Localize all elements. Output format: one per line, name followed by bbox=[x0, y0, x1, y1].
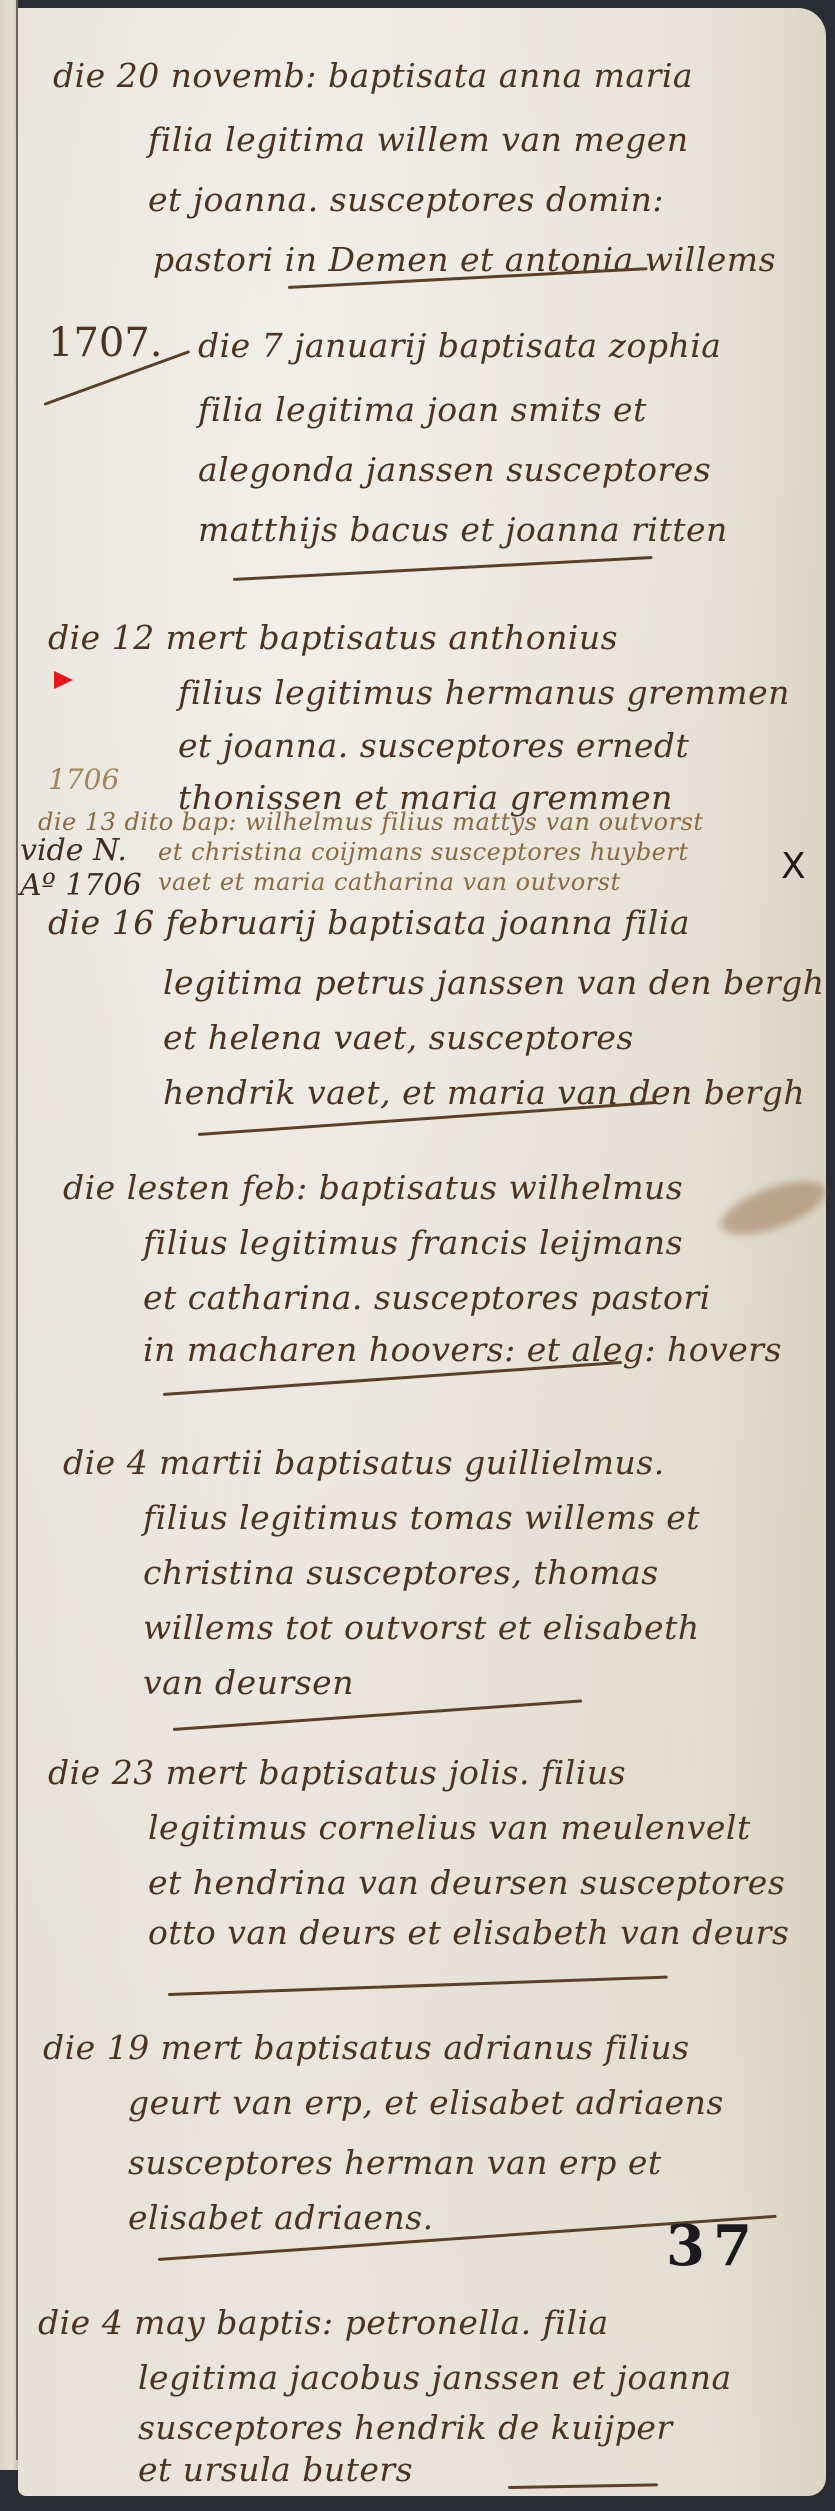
margin-year-1707: 1707. bbox=[48, 320, 163, 366]
entry-line: die 12 mert baptisatus anthonius bbox=[48, 618, 618, 657]
entry-line: die 13 dito bap: wilhelmus filius mattys… bbox=[38, 808, 704, 836]
entry-line: et ursula buters bbox=[138, 2450, 413, 2489]
entry-line: matthijs bacus et joanna ritten bbox=[198, 510, 728, 549]
entry-line: die 20 novemb: baptisata anna maria bbox=[53, 56, 693, 95]
page-number: 37 bbox=[666, 2213, 760, 2279]
entry-line: alegonda janssen susceptores bbox=[198, 450, 711, 489]
separator-rule bbox=[233, 556, 653, 581]
entry-line: die 16 februarij baptisata joanna filia bbox=[48, 903, 690, 942]
entry-line: filius legitimus francis leijmans bbox=[143, 1223, 683, 1262]
entry-line: legitimus cornelius van meulenvelt bbox=[148, 1808, 751, 1847]
entry-line: elisabet adriaens. bbox=[128, 2198, 434, 2237]
entry-line: christina susceptores, thomas bbox=[143, 1553, 659, 1592]
entry-line: willems tot outvorst et elisabeth bbox=[143, 1608, 700, 1647]
entry-line: hendrik vaet, et maria van den bergh bbox=[163, 1073, 805, 1112]
entry-line: et joanna. susceptores domin: bbox=[148, 180, 664, 219]
entry-line: et christina coijmans susceptores huyber… bbox=[158, 838, 689, 866]
entry-line: pastori in Demen et antonia willems bbox=[153, 240, 776, 279]
entry-line: filius legitimus tomas willems et bbox=[143, 1498, 700, 1537]
entry-line: die 19 mert baptisatus adrianus filius bbox=[43, 2028, 690, 2067]
cross-mark-icon: X bbox=[781, 846, 806, 887]
separator-rule bbox=[508, 2483, 658, 2489]
entry-line: van deursen bbox=[143, 1663, 354, 1702]
entry-line: susceptores hendrik de kuijper bbox=[138, 2408, 673, 2447]
entry-line: legitima jacobus janssen et joanna bbox=[138, 2358, 732, 2397]
entry-line: filia legitima joan smits et bbox=[198, 390, 647, 429]
register-page: die 20 novemb: baptisata anna maria fili… bbox=[18, 8, 826, 2496]
entry-line: susceptores herman van erp et bbox=[128, 2143, 662, 2182]
entry-line: die 23 mert baptisatus jolis. filius bbox=[48, 1753, 626, 1792]
entry-line: et joanna. susceptores ernedt bbox=[178, 726, 689, 765]
separator-rule bbox=[173, 1699, 582, 1731]
margin-vide-note: vide N. bbox=[20, 833, 127, 868]
ink-stain bbox=[714, 1170, 831, 1245]
entry-line: et hendrina van deursen susceptores bbox=[148, 1863, 785, 1902]
entry-line: filia legitima willem van megen bbox=[148, 120, 689, 159]
entry-line: die lesten feb: baptisatus wilhelmus bbox=[63, 1168, 683, 1207]
entry-line: die 4 may baptis: petronella. filia bbox=[38, 2303, 609, 2342]
entry-line: et helena vaet, susceptores bbox=[163, 1018, 634, 1057]
red-triangle-pointer-icon bbox=[54, 671, 73, 689]
entry-line: geurt van erp, et elisabet adriaens bbox=[128, 2083, 724, 2122]
entry-line: vaet et maria catharina van outvorst bbox=[158, 868, 621, 896]
entry-line: legitima petrus janssen van den bergh bbox=[163, 963, 824, 1002]
entry-line: filius legitimus hermanus gremmen bbox=[178, 673, 790, 712]
margin-year-1706-faded: 1706 bbox=[48, 763, 119, 796]
margin-anno-note: Aº 1706 bbox=[20, 868, 142, 903]
entry-line: otto van deurs et elisabeth van deurs bbox=[148, 1913, 789, 1952]
entry-line: et catharina. susceptores pastori bbox=[143, 1278, 711, 1317]
entry-line: die 4 martii baptisatus guillielmus. bbox=[63, 1443, 665, 1482]
entry-line: in macharen hoovers: et aleg: hovers bbox=[143, 1330, 782, 1369]
separator-rule bbox=[168, 1976, 668, 1996]
entry-line: die 7 januarij baptisata zophia bbox=[198, 326, 721, 365]
